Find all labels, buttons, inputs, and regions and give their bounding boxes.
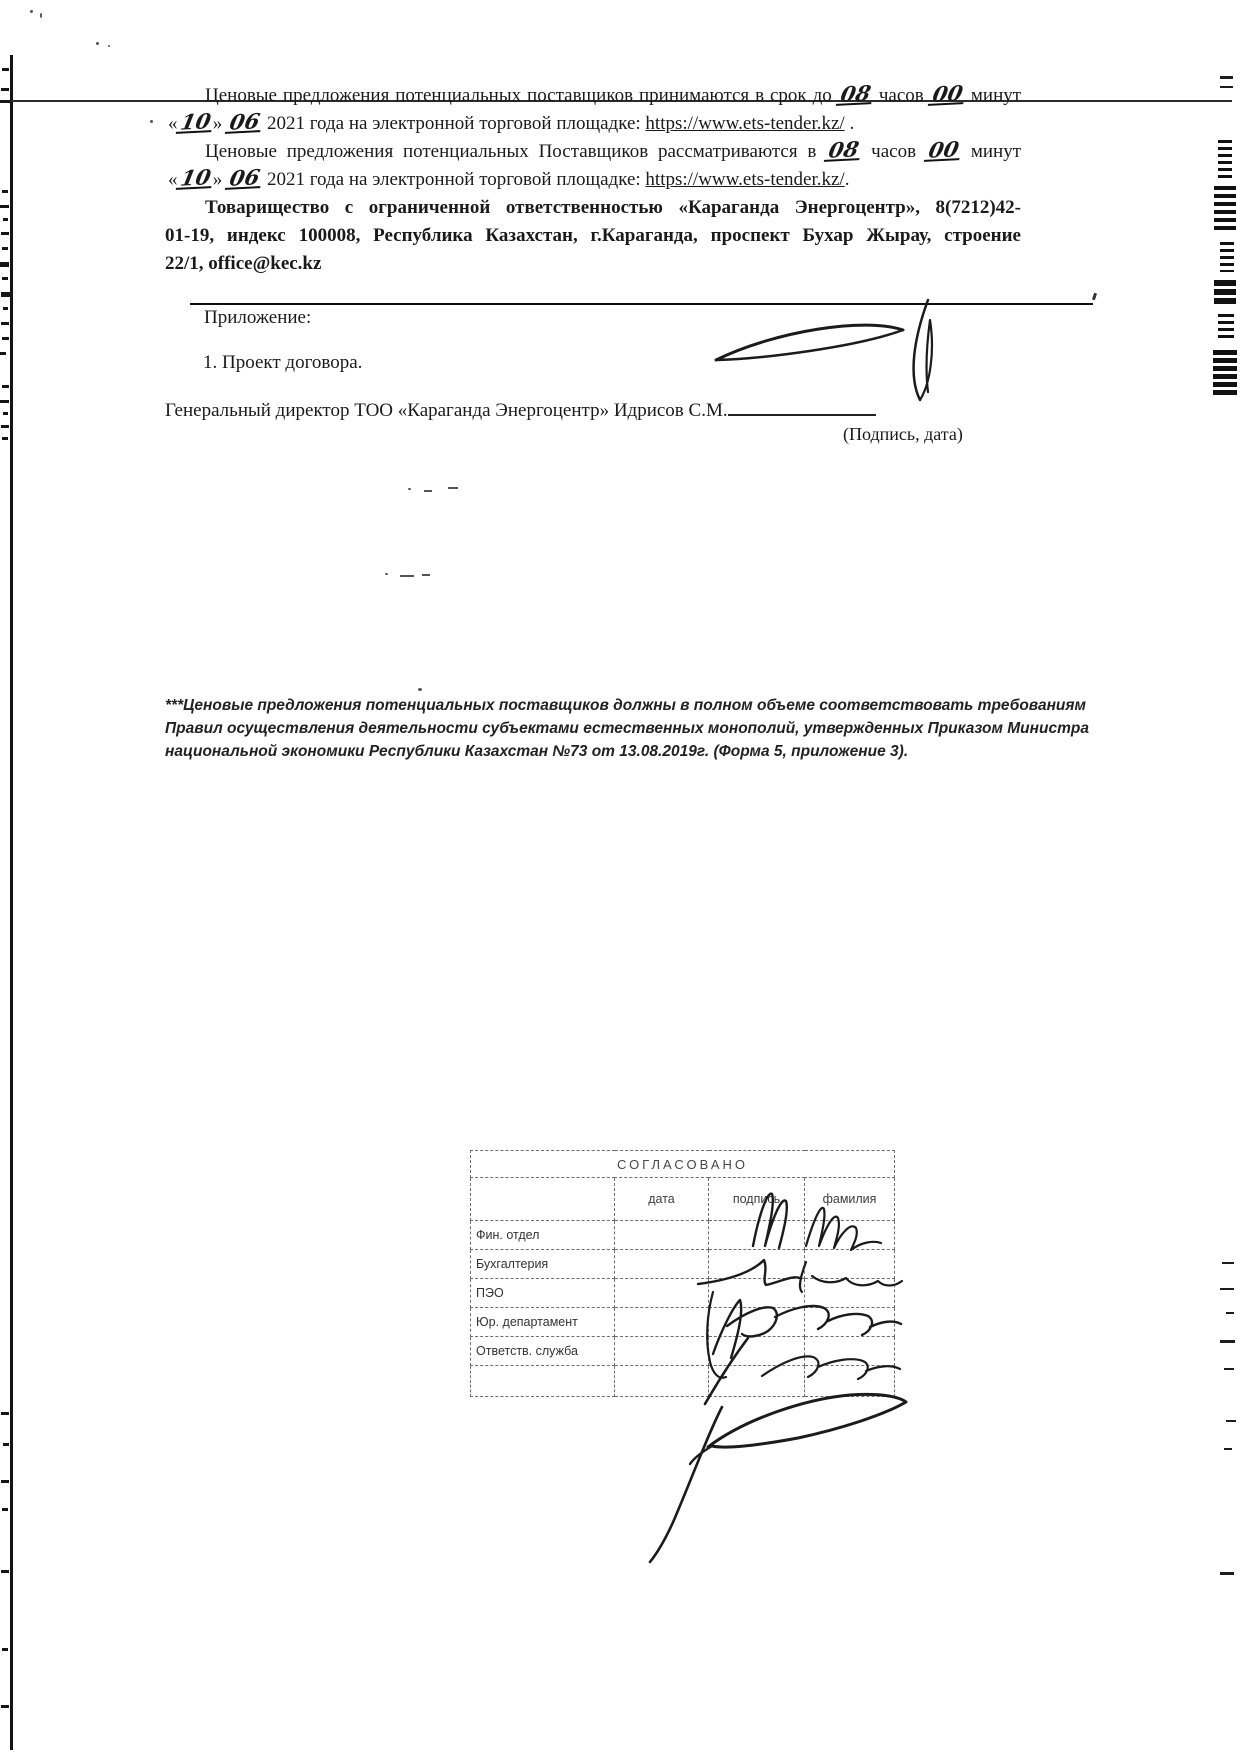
scan-artifact: [1213, 350, 1237, 395]
scan-left-edge-line: [10, 55, 13, 1750]
body-text: минут: [971, 141, 1021, 162]
scan-artifact: [1, 322, 9, 325]
body-text: .: [845, 169, 850, 190]
body-text: .: [845, 113, 855, 134]
scan-artifact: [1, 1570, 9, 1573]
department-label: Фин. отдел: [471, 1221, 615, 1250]
column-header-date: дата: [615, 1178, 709, 1221]
footnote-line3: национальной экономики Республики Казахс…: [165, 743, 908, 761]
column-header: [471, 1178, 615, 1221]
scan-artifact: [1, 1705, 9, 1708]
body-text: Ценовые предложения потенциальных постав…: [205, 85, 832, 106]
scan-artifact: [1226, 1312, 1234, 1314]
signature-caption: (Подпись, дата): [843, 424, 963, 445]
table-row: Юр. департамент: [471, 1308, 895, 1337]
ets-tender-link: https://www.ets-tender.kz/: [645, 113, 844, 134]
handwritten-minutes: 00: [927, 83, 967, 106]
scan-artifact: [1220, 76, 1233, 79]
scan-artifact: [150, 120, 153, 123]
scan-artifact: [0, 400, 9, 403]
department-label: [471, 1366, 615, 1397]
scan-artifact: [2, 277, 8, 280]
scan-artifact: [0, 262, 9, 267]
scan-artifact: [1220, 1572, 1234, 1575]
handwritten-day: 10: [175, 111, 215, 134]
column-header-surname: фамилия: [805, 1178, 895, 1221]
scan-artifact: [1218, 140, 1232, 180]
handwritten-hours: 08: [824, 139, 864, 162]
scan-artifact: [30, 10, 33, 13]
scan-artifact: [400, 575, 414, 577]
scan-artifact: [1, 88, 9, 91]
paragraph-review-line2: «10» 06 2021 года на электронной торгово…: [168, 168, 849, 192]
approval-table: СОГЛАСОВАНО дата подпись фамилия Фин. от…: [470, 1150, 895, 1397]
scan-artifact: [2, 437, 8, 440]
scan-artifact: [1224, 1368, 1234, 1370]
table-row: [471, 1366, 895, 1397]
scan-artifact: [424, 490, 432, 492]
table-row: ПЭО: [471, 1279, 895, 1308]
footnote-line1: ***Ценовые предложения потенциальных пос…: [165, 697, 1086, 715]
table-row: Бухгалтерия: [471, 1250, 895, 1279]
scan-artifact: [1092, 293, 1097, 301]
scan-artifact: [2, 68, 9, 71]
company-info-line2: 01-19, индекс 100008, Республика Казахст…: [165, 224, 1021, 248]
director-signature-line: Генеральный директор ТОО «Караганда Энер…: [165, 399, 876, 423]
approval-table-header-row: дата подпись фамилия: [471, 1178, 895, 1221]
handwritten-month: 06: [225, 167, 265, 190]
scan-artifact: [1214, 186, 1236, 234]
handwritten-day: 10: [175, 167, 215, 190]
handwritten-minutes: 00: [924, 139, 964, 162]
director-signature-flourish: [920, 320, 932, 400]
scan-artifact: [448, 487, 458, 489]
scan-artifact: [1220, 1340, 1235, 1343]
handwritten-month: 06: [225, 111, 265, 134]
scan-artifact: [0, 352, 6, 355]
scan-artifact: [2, 190, 8, 193]
scan-artifact: [1, 1412, 9, 1415]
scan-artifact: [2, 385, 9, 388]
department-label: Ответств. служба: [471, 1337, 615, 1366]
department-label: Юр. департамент: [471, 1308, 615, 1337]
signature-bottom-flourish: [650, 1407, 722, 1562]
attachment-label: Приложение:: [204, 306, 311, 330]
scan-artifact: [2, 247, 8, 250]
signature-bottom-flourish: [708, 1394, 906, 1447]
director-title-text: Генеральный директор ТОО «Караганда Энер…: [165, 400, 728, 421]
footnote-line2: Правил осуществления деятельности субъек…: [165, 720, 1089, 738]
scan-artifact: [3, 218, 8, 221]
scan-artifact: [1, 232, 9, 235]
scan-artifact: [3, 307, 8, 310]
scan-artifact: [385, 573, 388, 575]
paragraph-review-line1: Ценовые предложения потенциальных Постав…: [165, 140, 1021, 164]
scan-artifact: [2, 337, 9, 340]
attachment-item: 1. Проект договора.: [203, 351, 362, 375]
scan-artifact: [1, 425, 9, 428]
body-text: часов: [879, 85, 924, 106]
scan-artifact: [2, 1648, 8, 1651]
scan-artifact: [1226, 1420, 1236, 1422]
company-info-line1: Товарищество с ограниченной ответственно…: [165, 196, 1021, 220]
scan-artifact: [1224, 1448, 1232, 1450]
scan-artifact: [3, 412, 8, 415]
scan-artifact: [1220, 86, 1233, 88]
ets-tender-link: https://www.ets-tender.kz/: [645, 169, 844, 190]
company-info-line3: 22/1, office@kec.kz: [165, 252, 321, 276]
signature-blank: [728, 400, 876, 416]
scan-artifact: [3, 1443, 9, 1446]
scanned-document-page: Ценовые предложения потенциальных постав…: [0, 0, 1240, 1754]
scan-artifact: [1218, 314, 1234, 342]
scan-artifact: [0, 205, 9, 208]
body-text: часов: [871, 141, 916, 162]
table-row: Ответств. служба: [471, 1337, 895, 1366]
scan-artifact: [96, 42, 99, 45]
signature-bottom-flourish: [690, 1446, 712, 1464]
paragraph-acceptance-line2: «10» 06 2021 года на электронной торгово…: [168, 112, 854, 136]
director-signature-swoosh: [716, 330, 903, 360]
body-text: минут: [971, 85, 1021, 106]
scan-artifact: [0, 100, 10, 103]
scan-artifact: [2, 1508, 8, 1511]
body-text: 2021 года на электронной торговой площад…: [267, 113, 641, 134]
department-label: Бухгалтерия: [471, 1250, 615, 1279]
approval-table-title: СОГЛАСОВАНО: [471, 1151, 895, 1178]
scan-artifact: [1, 1480, 9, 1483]
scan-artifact: [1214, 280, 1236, 306]
paragraph-acceptance-line1: Ценовые предложения потенциальных постав…: [165, 84, 1021, 108]
scan-artifact: [1220, 242, 1234, 272]
scan-artifact: [1, 292, 11, 297]
column-header-signature: подпись: [709, 1178, 805, 1221]
department-label: ПЭО: [471, 1279, 615, 1308]
scan-artifact: [422, 574, 430, 576]
director-signature-swoosh: [716, 325, 903, 360]
approval-table-title-row: СОГЛАСОВАНО: [471, 1151, 895, 1178]
scan-artifact: [1220, 1288, 1234, 1290]
scan-artifact: [1222, 1262, 1234, 1264]
body-text: 2021 года на электронной торговой площад…: [267, 169, 641, 190]
scan-artifact: [408, 488, 411, 490]
table-row: Фин. отдел: [471, 1221, 895, 1250]
handwritten-hours: 08: [835, 83, 875, 106]
body-text: Ценовые предложения потенциальных Постав…: [205, 141, 816, 162]
scan-artifact: [418, 688, 422, 691]
separator-line: [190, 303, 1093, 305]
scan-artifact: [40, 13, 42, 18]
director-signature-flourish: [914, 300, 928, 400]
scan-artifact: [108, 45, 110, 47]
